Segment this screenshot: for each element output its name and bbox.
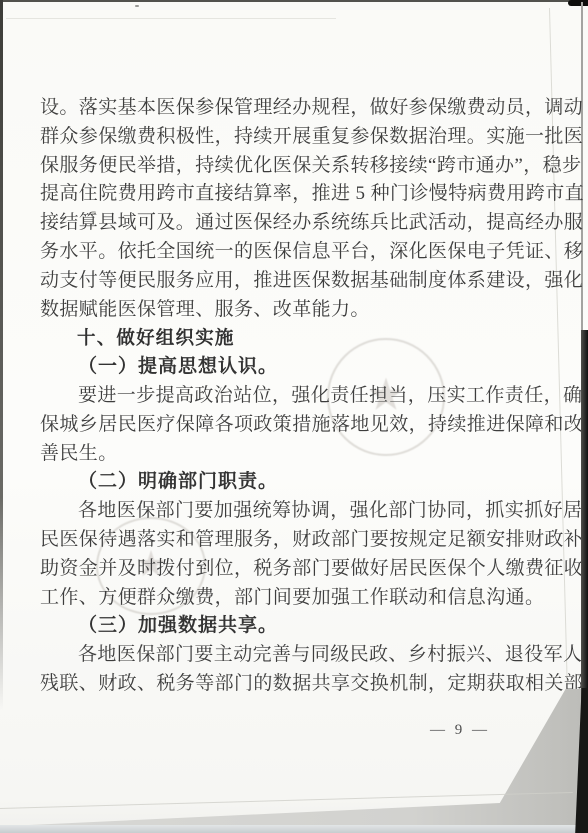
text-line: 设。落实基本医保参保管理经办规程，做好参保缴费动员，调动 <box>40 94 548 123</box>
text-line: 各地医保部门要主动完善与同级民政、乡村振兴、退役军人、 <box>40 641 548 670</box>
text-line: 提高住院费用跨市直接结算率，推进 5 种门诊慢特病费用跨市直 <box>40 180 548 209</box>
scan-edge-bottom <box>0 825 588 833</box>
subsection-heading: （二）明确部门职责。 <box>40 468 548 497</box>
text-line: 工作、方便群众缴费，部门间要加强工作联动和信息沟通。 <box>40 584 548 613</box>
scan-streak <box>6 18 336 19</box>
text-line: 各地医保部门要加强统筹协调，强化部门协同，抓实抓好居 <box>40 497 548 526</box>
text-line: 动支付等便民服务应用，推进医保数据基础制度体系建设，强化 <box>40 267 548 296</box>
page-number: — 9 — <box>40 719 490 741</box>
scanned-document-page: ★ ★ 设。落实基本医保参保管理经办规程，做好参保缴费动员，调动 群众参保缴费积… <box>0 0 588 833</box>
scan-edge-top <box>0 0 588 2</box>
text-line: 接结算县域可及。通过医保经办系统练兵比武活动，提高经办服 <box>40 209 548 238</box>
section-heading: 十、做好组织实施 <box>40 324 548 353</box>
scan-edge-left <box>0 0 3 710</box>
text-line: 务水平。依托全国统一的医保信息平台，深化医保电子凭证、移 <box>40 238 548 267</box>
text-line: 保服务便民举措，持续优化医保关系转移接续“跨市通办”，稳步 <box>40 152 548 181</box>
scan-edge-top-right <box>568 0 588 6</box>
text-line: 保城乡居民医疗保障各项政策措施落地见效，持续推进保障和改 <box>40 411 548 440</box>
scan-speck <box>135 5 139 7</box>
text-line: 民医保待遇落实和管理服务，财政部门要按规定足额安排财政补 <box>40 526 548 555</box>
subsection-heading: （一）提高思想认识。 <box>40 353 548 382</box>
text-line: 助资金并及时拨付到位，税务部门要做好居民医保个人缴费征收 <box>40 555 548 584</box>
text-line: 数据赋能医保管理、服务、改革能力。 <box>40 296 548 325</box>
text-line: 残联、财政、税务等部门的数据共享交换机制，定期获取相关部 <box>40 670 548 699</box>
text-line: 要进一步提高政治站位，强化责任担当，压实工作责任，确 <box>40 382 548 411</box>
document-body: 设。落实基本医保参保管理经办规程，做好参保缴费动员，调动 群众参保缴费积极性，持… <box>40 94 548 699</box>
text-line: 群众参保缴费积极性，持续开展重复参保数据治理。实施一批医 <box>40 123 548 152</box>
text-line: 善民生。 <box>40 440 548 469</box>
subsection-heading: （三）加强数据共享。 <box>40 612 548 641</box>
